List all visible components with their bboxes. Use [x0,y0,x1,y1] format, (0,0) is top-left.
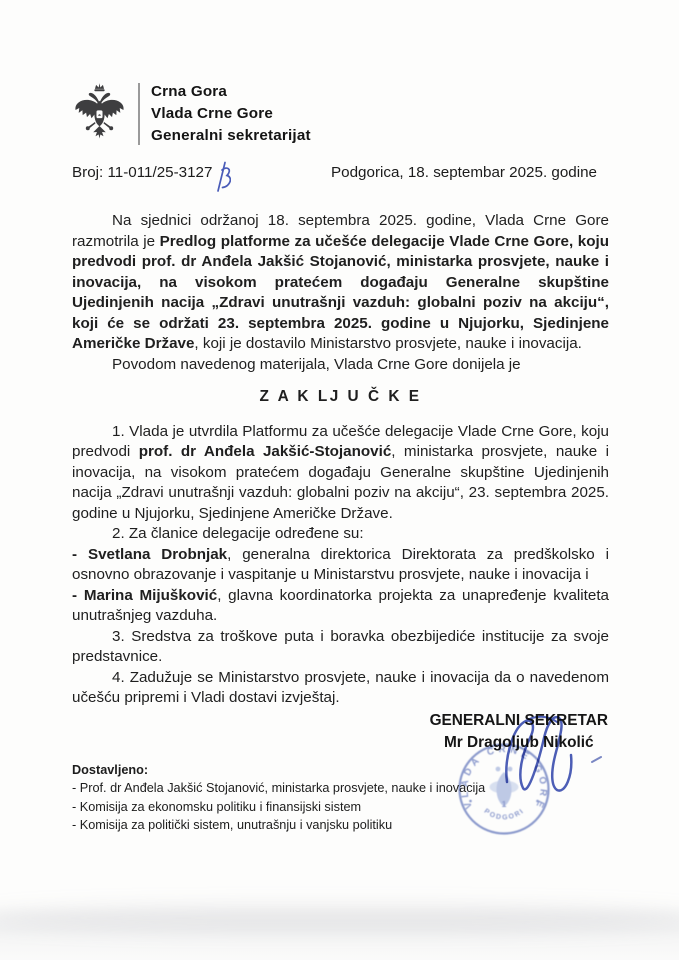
conclusion-item-4: 4. Zadužuje se Ministarstvo prosvjete, n… [72,668,609,709]
montenegro-coat-of-arms-icon [71,82,128,146]
reference-number: Broj: 11-011/25-3127 [72,164,212,181]
intro-run-regular-2: , koji je dostavilo Ministarstvo prosvje… [194,335,581,352]
letterhead-department: Generalni sekretarijat [151,125,311,147]
delegate-line-1: - Svetlana Drobnjak, generalna direktori… [72,545,609,586]
conclusion-item-3: 3. Sredstva za troškove puta i boravka o… [72,627,609,668]
distribution-item-2: - Komisija za ekonomsku politiku i finan… [72,798,485,816]
reference-number-group: Broj: 11-011/25-3127 [72,164,231,196]
distribution-item-3: - Komisija za politički sistem, unutrašn… [72,816,485,834]
delegate1-name: - Svetlana Drobnjak [72,546,227,563]
scan-fade [0,905,679,960]
letterhead-text: Crna Gora Vlada Crne Gore Generalni sekr… [151,81,311,147]
distribution-label: Dostavljeno: [72,761,485,779]
letterhead-government: Vlada Crne Gore [151,103,311,125]
handwritten-mark-icon [214,161,231,193]
letterhead-divider [138,83,140,145]
povodom-paragraph: Povodom navedenog materijala, Vlada Crne… [72,355,609,376]
conclusion-item-1: 1. Vlada je utvrdila Platformu za učešće… [72,422,609,525]
distribution-item-1: - Prof. dr Anđela Jakšić Stojanović, min… [72,779,485,797]
delegate2-name: - Marina Mijušković [72,587,217,604]
place-date: Podgorica, 18. septembar 2025. godine [331,164,597,196]
letterhead: Crna Gora Vlada Crne Gore Generalni sekr… [71,81,311,147]
document-body: Na sjednici održanoj 18. septembra 2025.… [72,211,609,709]
item1-run-bold: prof. dr Anđela Jakšić-Stojanović [139,443,392,460]
intro-paragraph: Na sjednici održanoj 18. septembra 2025.… [72,211,609,355]
letterhead-country: Crna Gora [151,81,311,103]
conclusions-heading: Z A K LJ U Č K E [72,387,609,408]
signature-scribble-icon [497,708,609,810]
distribution-list: Dostavljeno: - Prof. dr Anđela Jakšić St… [72,761,485,835]
document-page: Crna Gora Vlada Crne Gore Generalni sekr… [0,0,679,960]
reference-row: Broj: 11-011/25-3127 Podgorica, 18. sept… [72,164,609,196]
conclusion-item-2: 2. Za članice delegacije određene su: [72,524,609,545]
delegate-line-2: - Marina Mijušković, glavna koordinatork… [72,586,609,627]
